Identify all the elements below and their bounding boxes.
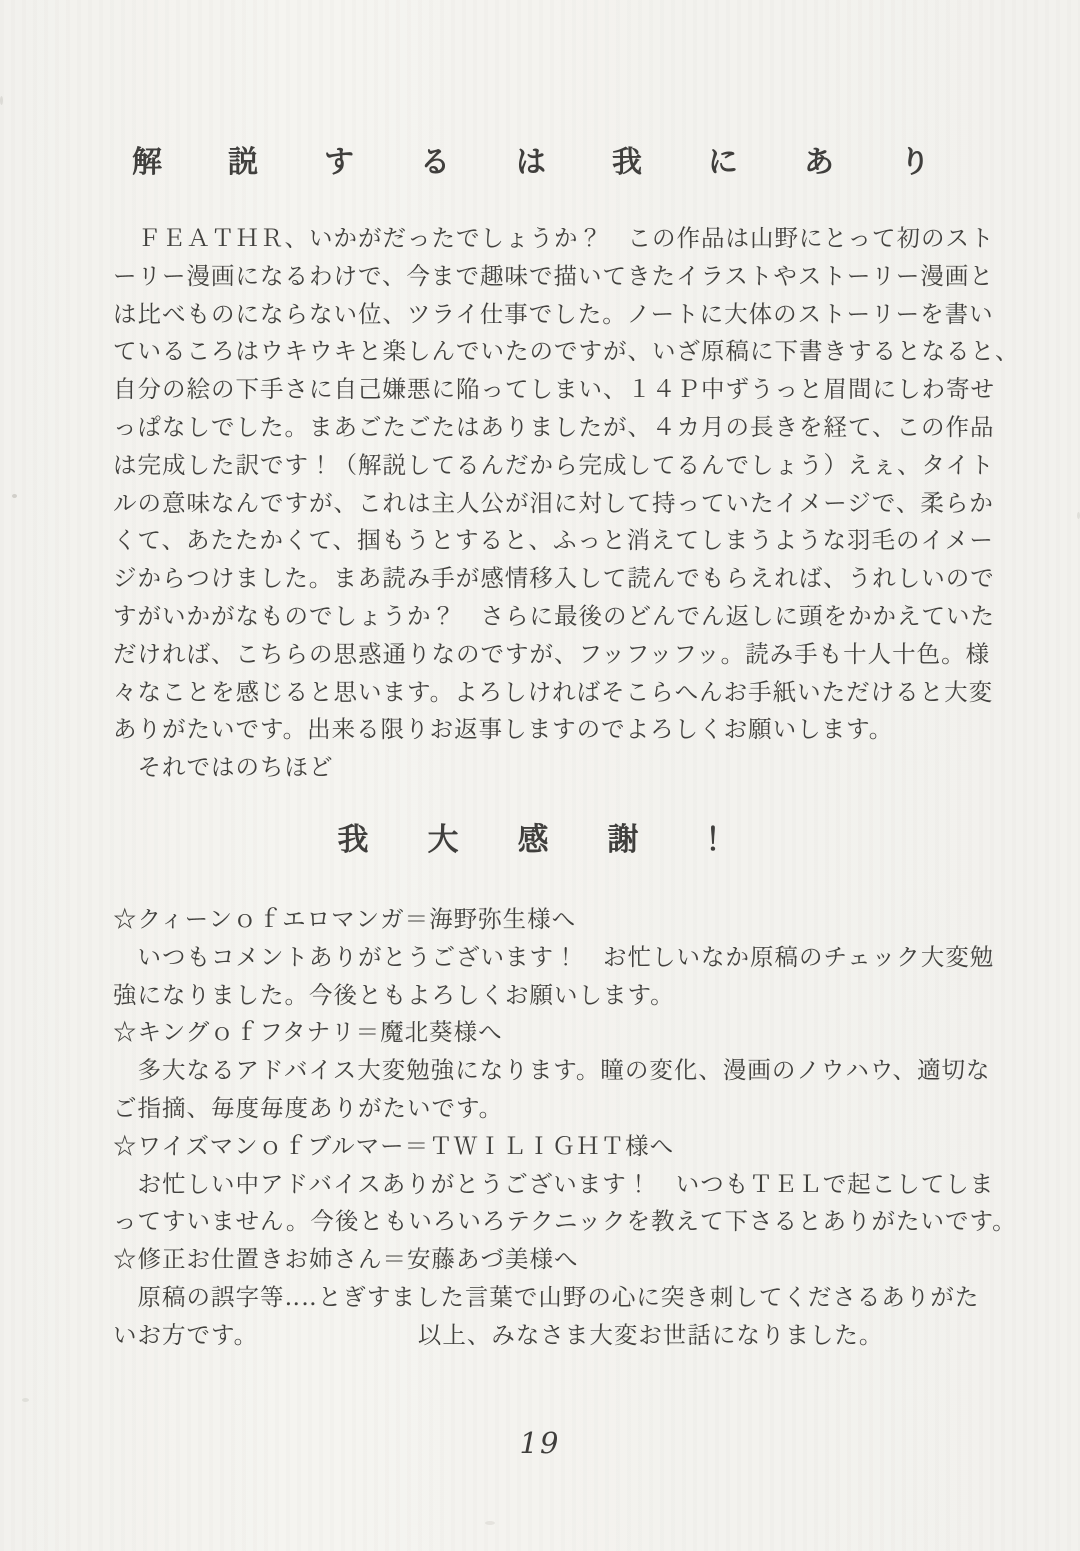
thanks-heading: 我 大 感 謝 ！ [0, 818, 1080, 862]
text-line: ☆クィーンｏｆエロマンガ＝海野弥生様へ [113, 902, 985, 940]
afterword-body: ＦＥＡＴＨＲ、いかがだったでしょうか？ この作品は山野にとって初のストーリー漫画… [0, 221, 1080, 788]
scan-speck [0, 96, 3, 105]
text-line: ってすいません。今後ともいろいろテクニックを教えて下さるとありがたいです。 [113, 1204, 985, 1242]
text-line: ☆修正お仕置きお姉さん＝安藤あづ美様へ [113, 1242, 985, 1280]
text-line: ＦＥＡＴＨＲ、いかがだったでしょうか？ この作品は山野にとって初のスト [113, 221, 985, 259]
scan-speck [22, 1398, 29, 1402]
text-line: ているころはウキウキと楽しんでいたのですが、いざ原稿に下書きするとなると、 [113, 334, 985, 372]
text-line: 原稿の誤字等‥‥とぎすました言葉で山野の心に突き刺してくださるありがた [113, 1280, 985, 1318]
text-line: 々なことを感じると思います。よろしければそこらへんお手紙いただけると大変 [113, 675, 985, 713]
text-line: ☆ワイズマンｏｆブルマー＝ＴＷＩＬＩＧＨＴ様へ [113, 1129, 985, 1167]
text-line: お忙しい中アドバイスありがとうございます！ いつもＴＥＬで起こしてしま [113, 1167, 985, 1205]
text-line: ーリー漫画になるわけで、今まで趣味で描いてきたイラストやストーリー漫画と [113, 259, 985, 297]
scan-speck [485, 1521, 495, 1525]
text-line: ジからつけました。まあ読み手が感情移入して読んでもらえれば、うれしいので [113, 561, 985, 599]
text-line: は完成した訳です！（解説してるんだから完成してるんでしょう）えぇ、タイト [113, 448, 985, 486]
text-line: ☆キングｏｆフタナリ＝魔北葵様へ [113, 1015, 985, 1053]
page-title: 解 説 す る は 我 に あ り [0, 143, 1080, 183]
text-line: すがいかがなものでしょうか？ さらに最後のどんでん返しに頭をかかえていた [113, 599, 985, 637]
text-line: だければ、こちらの思惑通りなのですが、フッフッフッ。読み手も十人十色。様 [113, 637, 985, 675]
page-number: 19 [0, 1424, 1080, 1462]
text-line: ルの意味なんですが、これは主人公が泪に対して持っていたイメージで、柔らか [113, 486, 985, 524]
text-line: ありがたいです。出来る限りお返事しますのでよろしくお願いします。 [113, 712, 985, 750]
text-line: 強になりました。今後ともよろしくお願いします。 [113, 978, 985, 1016]
text-line: 自分の絵の下手さに自己嫌悪に陥ってしまい、１４Ｐ中ずうっと眉間にしわ寄せ [113, 372, 985, 410]
text-line: それではのちほど [113, 750, 985, 788]
text-line: いつもコメントありがとうございます！ お忙しいなか原稿のチェック大変勉 [113, 940, 985, 978]
scanned-document-page: { "page": { "title": "解 説 す る は 我 に あ り"… [0, 0, 1080, 1551]
text-line: 多大なるアドバイス大変勉強になります。瞳の変化、漫画のノウハウ、適切な [113, 1053, 985, 1091]
text-line: くて、あたたかくて、掴もうとすると、ふっと消えてしまうような羽毛のイメー [113, 523, 985, 561]
text-line: は比べものにならない位、ツライ仕事でした。ノートに大体のストーリーを書い [113, 297, 985, 335]
text-line: っぱなしでした。まあごたごたはありましたが、４カ月の長きを経て、この作品 [113, 410, 985, 448]
thanks-body: ☆クィーンｏｆエロマンガ＝海野弥生様へ いつもコメントありがとうございます！ お… [0, 902, 1080, 1356]
page: 解 説 す る は 我 に あ り ＦＥＡＴＨＲ、いかがだったでしょうか？ この… [0, 0, 1080, 1551]
text-line: ご指摘、毎度毎度ありがたいです。 [113, 1091, 985, 1129]
text-line: いお方です。 以上、みなさま大変お世話になりました。 [113, 1318, 985, 1356]
